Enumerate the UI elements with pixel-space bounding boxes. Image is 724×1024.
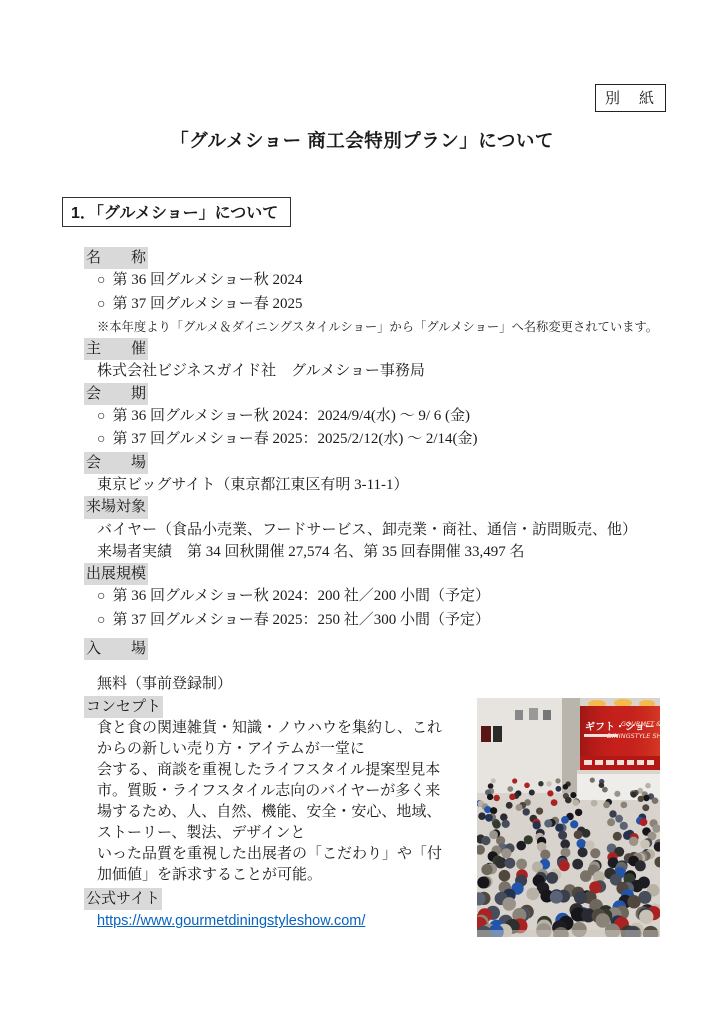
- wall-sign: [493, 726, 502, 742]
- organizer-label-row: 主 催: [84, 338, 684, 360]
- concept-line-6: ストーリー、製法、デザインと: [97, 823, 484, 844]
- visitors-label: 来場対象: [84, 496, 148, 518]
- wall-sign: [543, 710, 551, 720]
- admission-text: 無料（事前登録制）: [84, 673, 684, 695]
- circle-bullet: ○: [97, 409, 105, 424]
- booth-curtain-rail: [577, 770, 660, 774]
- wall-sign: [515, 710, 523, 720]
- wall-sign: [529, 708, 538, 720]
- concept-line-4: 市。質販・ライフスタイル志向のバイヤーが多く来: [97, 781, 484, 802]
- banner-title-en1: GOURMET &: [621, 720, 660, 728]
- name-label-row: 名 称: [84, 247, 684, 269]
- visitors-line-2: 来場者実績 第 34 回秋開催 27,574 名、第 35 回春開催 33,49…: [84, 541, 684, 563]
- concept-line-5: 場するため、人、自然、機能、安全・安心、地域、: [97, 802, 484, 823]
- circle-bullet: ○: [97, 432, 105, 447]
- exhibition-photo: ギフト・ショー GOURMET & DININGSTYLE SHOW: [477, 698, 660, 937]
- concept-line-3: 会する、商談を重視したライフスタイル提案型見本: [97, 760, 484, 781]
- name-item-1-text: 第 36 回グルメショー秋 2024: [112, 272, 302, 288]
- visitors-line-1: バイヤー（食品小売業、フードサービス、卸売業・商社、通信・訪問販売、他）: [84, 519, 684, 541]
- dates-item-1: ○第 36 回グルメショー秋 2024：2024/9/4(水) ～ 9/ 6 (…: [84, 405, 684, 428]
- admission-label-row: 入 場: [84, 638, 684, 660]
- concept-line-8: 加価値」を訴求することが可能。: [97, 865, 484, 886]
- name-label: 名 称: [84, 247, 148, 269]
- dates-item-2-text: 第 37 回グルメショー春 2025：2025/2/12(水) ～ 2/14(金…: [112, 431, 477, 447]
- organizer-label: 主 催: [84, 338, 148, 360]
- concept-label: コンセプト: [84, 696, 163, 718]
- document-page: 別 紙 「グルメショー 商工会特別プラン」について 1．「グルメショー」について…: [0, 0, 724, 1024]
- dates-item-2: ○第 37 回グルメショー春 2025：2025/2/12(水) ～ 2/14(…: [84, 428, 684, 451]
- floor: [477, 930, 660, 937]
- concept-paragraph: 食と食の関連雑貨・知識・ノウハウを集約し、これ からの新しい売り方・アイテムが一…: [84, 718, 484, 886]
- dates-item-1-text: 第 36 回グルメショー秋 2024：2024/9/4(水) ～ 9/ 6 (金…: [112, 408, 470, 424]
- name-item-2-text: 第 37 回グルメショー春 2025: [112, 296, 302, 312]
- wall-sign: [481, 726, 491, 742]
- name-item-2: ○第 37 回グルメショー春 2025: [84, 293, 684, 316]
- name-item-1: ○第 36 回グルメショー秋 2024: [84, 269, 684, 292]
- scale-label: 出展規模: [84, 563, 148, 585]
- dates-label: 会 期: [84, 383, 148, 405]
- venue-text: 東京ビッグサイト（東京都江東区有明 3-11-1）: [84, 474, 684, 496]
- venue-label: 会 場: [84, 452, 148, 474]
- section1-heading-wrap: 1．「グルメショー」について: [62, 197, 724, 227]
- scale-label-row: 出展規模: [84, 563, 684, 585]
- concept-line-2: からの新しい売り方・アイテムが一堂に: [97, 739, 484, 760]
- scale-item-2: ○第 37 回グルメショー春 2025：250 社／300 小間（予定）: [84, 609, 684, 632]
- ceiling-light: [614, 699, 632, 707]
- dates-label-row: 会 期: [84, 383, 684, 405]
- official-site-label: 公式サイト: [84, 888, 162, 910]
- rename-note: ※本年度より「グルメ＆ダイニングスタイルショー」から「グルメショー」へ名称変更さ…: [84, 316, 684, 338]
- circle-bullet: ○: [97, 297, 105, 312]
- scale-item-1: ○第 36 回グルメショー秋 2024：200 社／200 小間（予定）: [84, 585, 684, 608]
- scale-item-1-text: 第 36 回グルメショー秋 2024：200 社／200 小間（予定）: [112, 588, 490, 604]
- concept-line-1: 食と食の関連雑貨・知識・ノウハウを集約し、これ: [97, 718, 484, 739]
- scale-item-2-text: 第 37 回グルメショー春 2025：250 社／300 小間（予定）: [112, 612, 490, 628]
- circle-bullet: ○: [97, 273, 105, 288]
- concept-line-7: いった品質を重視した出展者の「こだわり」や「付: [97, 844, 484, 865]
- attachment-label: 別 紙: [605, 91, 656, 107]
- section1-heading: 1．「グルメショー」について: [62, 197, 291, 227]
- attachment-label-box: 別 紙: [595, 84, 666, 112]
- official-site-link[interactable]: https://www.gourmetdiningstyleshow.com/: [97, 913, 365, 929]
- organizer-text: 株式会社ビジネスガイド社 グルメショー事務局: [84, 360, 684, 382]
- circle-bullet: ○: [97, 589, 105, 604]
- banner-title-en2: DININGSTYLE SHOW: [607, 732, 660, 740]
- visitors-label-row: 来場対象: [84, 496, 684, 518]
- circle-bullet: ○: [97, 613, 105, 628]
- exhibition-photo-svg: ギフト・ショー GOURMET & DININGSTYLE SHOW: [477, 698, 660, 937]
- page-title: 「グルメショー 商工会特別プラン」について: [0, 0, 724, 153]
- venue-label-row: 会 場: [84, 452, 684, 474]
- admission-label: 入 場: [84, 638, 148, 660]
